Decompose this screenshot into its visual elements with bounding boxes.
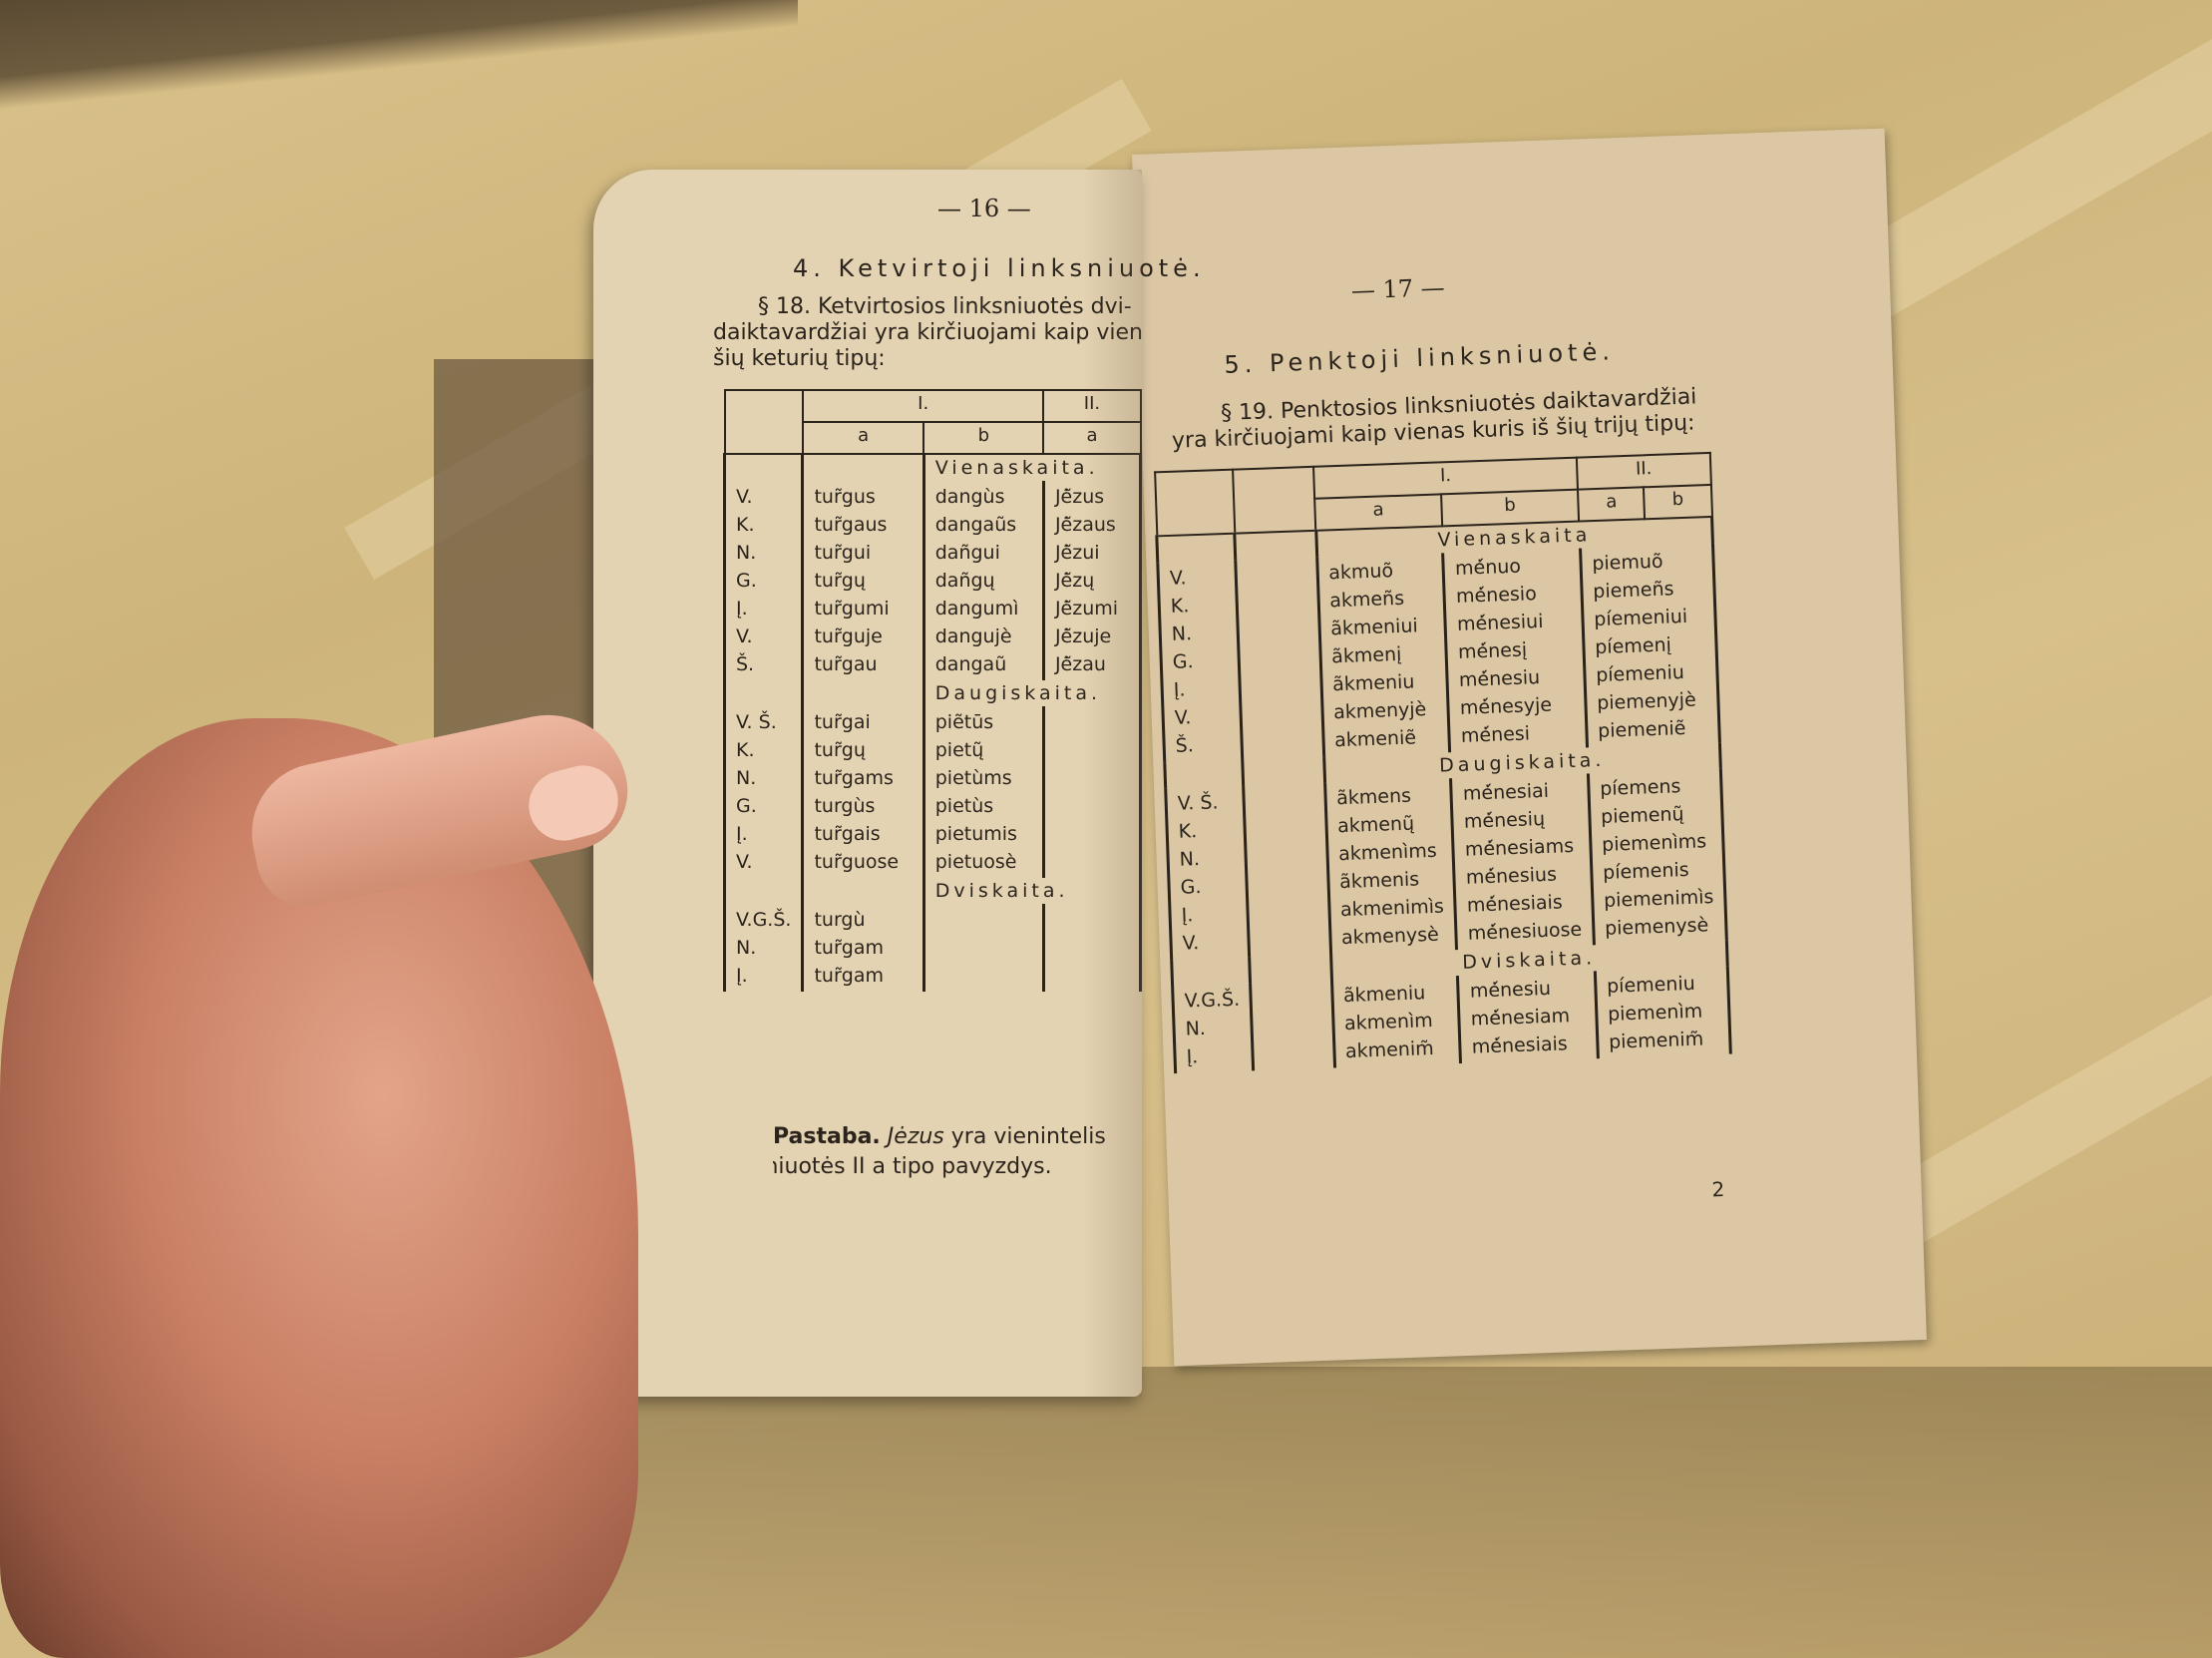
page-16: — 16 — 4. Ketvirtoji linksniuotė. § 18. …: [593, 170, 1142, 1397]
case-labels: V.K.N.G.Į.V.Š.: [725, 481, 803, 680]
subheader-Ia: a: [1314, 494, 1442, 530]
forms-turgus-plural: tur̃gaitur̃gųtur̃gamsturgùstur̃gaistur̃g…: [803, 706, 923, 878]
page-number: — 17 —: [1350, 273, 1445, 304]
page-number: — 16 —: [937, 195, 1031, 222]
forms-piemuo: piemuõpiemeñspíemeniuipíemenįpíemeniupie…: [1580, 544, 1719, 748]
subheader-IIa: a: [1043, 422, 1140, 454]
forms-piemuo-plural: píemenspiemenų̃piemenìmspíemenispiemenim…: [1588, 769, 1726, 946]
case-labels: V.G.Š.N.Į.: [1173, 983, 1254, 1073]
section-dual: Dviskaita.: [923, 878, 1140, 904]
note-text: sniuotės II a tipo pavyzdys.: [773, 1152, 1142, 1182]
chapter-heading: 4. Ketvirtoji linksniuotė.: [793, 254, 1206, 282]
note: Pastaba. Jėzus yra vienintelis sniuotės …: [773, 1122, 1142, 1182]
chapter-heading: 5. Penktoji linksniuotė.: [1224, 337, 1615, 379]
subheader-IIb: b: [1644, 485, 1711, 519]
group-header-II: II.: [1577, 453, 1710, 490]
group-header-II: II.: [1043, 390, 1140, 422]
paragraph-line: daiktavardžiai yra kirčiuojami kaip vien…: [713, 320, 1142, 346]
subheader-IIa: a: [1578, 487, 1645, 521]
case-labels: V. Š.K.N.G.Į.V.: [1166, 785, 1250, 960]
forms-dangus: dangùsdangaũsdañguidañgųdangumìdangujèda…: [923, 481, 1043, 680]
window-shadow: [0, 0, 798, 110]
case-header: [725, 390, 803, 454]
group-header-I: I.: [803, 390, 1043, 422]
case-header: [1155, 470, 1236, 537]
empty-header: [1233, 467, 1315, 534]
note-italic-word: Jėzus: [888, 1124, 944, 1149]
note-text: yra vienintelis: [951, 1124, 1106, 1149]
forms-turgus-dual: turgùtur̃gamtur̃gam: [803, 904, 923, 992]
forms-akmuo-dual: ãkmeniuakmenìmakmenim̃: [1331, 976, 1461, 1067]
forms-piemuo-dual: píemeniupiemenìmpiemenim̃: [1595, 967, 1730, 1059]
subheader-b: b: [923, 422, 1043, 454]
case-labels: V.K.N.G.Į.V.Š.: [1158, 561, 1243, 763]
forms-pietus-plural: piẽtūspietų̃pietùmspietùspietumispietuos…: [923, 706, 1043, 878]
forms-menuo-dual: mė́nesiumė́nesiammė́nesiais: [1458, 971, 1598, 1063]
page-17: — 17 — 5. Penktoji linksniuotė. § 19. Pe…: [1132, 129, 1927, 1367]
declension-table-4: I. II. a b a Vienaskaita. V.K.N.G.Į.V.Š.…: [723, 389, 1142, 992]
section-plural: Daugiskaita.: [923, 680, 1140, 706]
forms-menuo-plural: mė́nesiaimė́nesiųmė́nesiamsmė́nesiusmė́n…: [1451, 773, 1594, 950]
section-singular: Vienaskaita.: [923, 454, 1140, 481]
signature-mark: 2: [1711, 1177, 1725, 1201]
case-labels: V. Š.K.N.G.Į.V.: [725, 706, 803, 878]
forms-jezus: Jė̃zusJė̃zausJė̃zuiJė̃zųJė̃zumiJė̃zujeJė…: [1043, 481, 1140, 680]
subheader-a: a: [803, 422, 923, 454]
case-labels: V.G.Š.N.Į.: [725, 904, 803, 992]
declension-table-5: I. II. a b a b Vienaskaita V.K.N.G.Į.V.Š…: [1153, 452, 1732, 1073]
paragraph: § 18. Ketvirtosios linksniuotės dvi- dai…: [713, 294, 1142, 372]
paragraph-line: § 18. Ketvirtosios linksniuotės dvi-: [713, 294, 1142, 320]
table-shadow: [499, 1367, 2212, 1658]
forms-menuo: mė́nuomė́nesiomė́nesiuimė́nesįmė́nesiumė…: [1443, 549, 1587, 753]
forms-akmuo-plural: ãkmensakmenų̃akmenìmsãkmenisakmenimìsakm…: [1324, 778, 1457, 954]
note-label: Pastaba.: [773, 1124, 881, 1149]
forms-turgus: tur̃gustur̃gaustur̃guitur̃gųtur̃gumitur̃…: [803, 481, 923, 680]
paragraph: § 19. Penktosios linksniuotės daiktavard…: [1171, 378, 1890, 455]
forms-akmuo: akmuõakmeñsãkmeniuiãkmenįãkmeniuakmenyjè…: [1316, 553, 1450, 756]
subheader-Ib: b: [1441, 490, 1579, 527]
paragraph-line: šių keturių tipų:: [713, 346, 1142, 372]
